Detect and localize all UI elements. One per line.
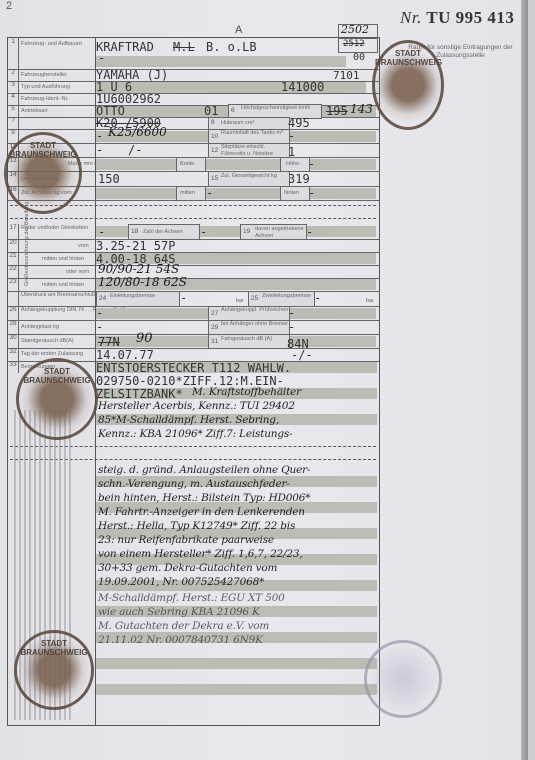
field-number: 24 xyxy=(99,295,106,302)
remark-handwritten-line: Kennz.: KBA 21096* Ziff.7: Leistungs- xyxy=(98,428,292,440)
field-label: Überdruck am Bremsanschluß xyxy=(21,292,95,299)
hitch-value: - xyxy=(96,306,103,320)
field-32-right: -/- xyxy=(291,348,313,362)
document-number: Nr. TU 995 413 xyxy=(400,8,514,28)
field-number: 7 xyxy=(8,117,19,129)
field-row-20: 20 vorn 3.25-21 57P xyxy=(8,239,379,253)
field-number: 25 xyxy=(251,295,258,302)
field-number: 32 xyxy=(8,348,19,361)
remark-handwritten-line: 23: nur Reifenfabrikate paarweise xyxy=(98,534,274,546)
field-label: Räder und/oder Gleisketten xyxy=(21,225,88,232)
driven-axles-value: - xyxy=(306,225,313,239)
remark-handwritten-line: Herst.: Hella, Typ K12749* Ziff. 22 bis xyxy=(98,520,295,532)
field-number: 26 xyxy=(8,306,19,320)
field-number: 28 xyxy=(8,320,19,334)
tyre-front-value: 3.25-21 57P xyxy=(96,239,175,253)
vehicle-type-line2: - xyxy=(98,51,105,65)
field-row-21: 21 mitten und hinten 4.00-18 64S xyxy=(8,252,379,266)
field-number: 5 xyxy=(8,105,19,117)
field-number: 6 xyxy=(231,107,235,114)
page-number: 2 xyxy=(6,0,12,12)
field-29-box: 29 bei Anhänger ohne Bremse xyxy=(208,320,290,335)
remark-handwritten-line: M. Kraftstoffbehälter xyxy=(192,386,301,398)
field-11-dash: - xyxy=(96,143,103,157)
field-19-box: 19 davon angetriebene Achsen xyxy=(240,224,307,240)
field-row-17: 17 Räder und/oder Gleisketten - 18 Zahl … xyxy=(8,224,379,240)
field-number: 18 xyxy=(131,228,138,235)
field-row-28: 28 Anhängelast kg - 29 bei Anhänger ohne… xyxy=(8,320,379,335)
field-number: 4 xyxy=(8,93,19,105)
bar-unit: bar xyxy=(366,298,374,305)
field-label: Anhängelast kg xyxy=(21,324,59,331)
noise-stand-new: 90 xyxy=(136,331,153,346)
field-row-23: 23 mitten und hinten 120/80-18 62S xyxy=(8,278,379,292)
field-label: Anhängekuppl. Prüfzeichen xyxy=(221,307,288,314)
tyre-alt-rear-value: 120/80-18 62S xyxy=(98,275,187,289)
vehicle-type-suffix: B. o.LB xyxy=(206,40,257,54)
field-24-box: 24 Einleitungsbremse xyxy=(96,291,180,307)
field-number: 29 xyxy=(211,324,218,331)
code-new: 2502 xyxy=(341,23,369,36)
field-number: 31 xyxy=(211,338,218,345)
field-number: 33 xyxy=(8,361,19,373)
field-11-value: /- xyxy=(128,143,142,157)
field-label: Höchstgeschwindigkeit km/h xyxy=(241,105,310,112)
column-label: A xyxy=(235,24,242,36)
field-label: davon angetriebene Achsen xyxy=(255,226,306,239)
breite-label: Breite xyxy=(180,161,194,168)
field-number: 3 xyxy=(8,81,19,93)
field-label: Tag der ersten Zulassung xyxy=(21,351,83,358)
field-row-30: 30 Standgeräusch dB(A) 77N 90 31 Fahrger… xyxy=(8,334,379,349)
remark-typed-line: ENTSTOERSTECKER T112 WAHLW. xyxy=(96,361,291,375)
field-number: 23 xyxy=(8,278,19,291)
gross-weight-value: 319 xyxy=(288,172,310,186)
field-label: mitten und hinten xyxy=(42,282,84,289)
vehicle-type-struck: M.L xyxy=(173,40,195,54)
hitch-mark-value: - xyxy=(288,306,295,320)
remark-handwritten-line: steig. d. gründ. Anlaugsteilen ohne Quer… xyxy=(98,464,310,476)
remark-handwritten-line: von einem Hersteller* Ziff. 1,6,7, 22/23… xyxy=(98,548,302,560)
field-10-box: 10 Rauminhalt des Tanks m³ xyxy=(208,129,290,144)
field-label: Zahl der Achsen xyxy=(143,229,183,236)
shaded-band xyxy=(96,188,376,199)
field-row-brakes: Überdruck am Bremsanschluß 24 Einleitung… xyxy=(8,291,379,307)
field-label: Zul. Gesamtgewicht kg xyxy=(221,173,277,180)
field-number: 1 xyxy=(8,38,19,69)
separator-dashed xyxy=(10,218,376,219)
field-label: Fahrgeräusch dB (A) xyxy=(221,336,272,343)
field-number: 30 xyxy=(8,334,19,348)
field-label: mitten und hinten xyxy=(42,256,84,263)
displacement-value: 495 xyxy=(288,116,310,130)
field-number: 21 xyxy=(8,252,19,265)
axles-value: - xyxy=(200,225,207,239)
field-label: bei Anhänger ohne Bremse xyxy=(221,321,288,328)
trailer-unbraked-value: - xyxy=(288,320,295,334)
fuel-code-value: 01 xyxy=(204,104,218,118)
city-seal-stamp: STADT BRAUNSCHWEIG xyxy=(4,132,82,214)
empty-weight-value: 150 xyxy=(98,172,120,186)
city-seal-stamp: STADT BRAUNSCHWEIG xyxy=(14,630,94,710)
remark-typed-line: ZELSITZBANK* xyxy=(96,387,183,401)
remark-pencil-line: M-Schalldämpf. Herst.: EGU XT 500 xyxy=(98,592,285,604)
noise-stand-old: 77N xyxy=(98,335,120,349)
field-label: Rauminhalt des Tanks m³ xyxy=(221,130,283,137)
breite-box: Breite xyxy=(176,157,206,172)
field-label: Einleitungsbremse xyxy=(110,293,155,300)
height-value: - xyxy=(308,157,315,171)
remark-handwritten-line: M. Fahrtr.-Anzeiger in den Lenkerenden xyxy=(98,506,305,518)
field-label: vorn xyxy=(78,243,89,250)
field-label: Fahrzeug-Ident.-Nr. xyxy=(21,96,69,103)
remark-handwritten-line: schn.-Verengung, m. Austauschfeder- xyxy=(98,478,290,490)
field-25-box: 25 Zweileitungsbremse xyxy=(248,291,315,307)
wheels-value: - xyxy=(98,225,105,239)
field-31-box: 31 Fahrgeräusch dB (A) xyxy=(208,334,290,349)
code-00: 00 xyxy=(353,52,365,63)
field-label: Fahrzeug- und Aufbauart xyxy=(21,41,82,48)
code-box: 2502 xyxy=(338,24,378,39)
field-9-value: - xyxy=(96,129,103,143)
field-row-22: 22 oder vorn 90/90-21 54S xyxy=(8,265,379,279)
trailer-load-value: - xyxy=(96,320,103,334)
brake-2-value: - xyxy=(314,291,321,305)
power-new: K25/6600 xyxy=(108,125,167,139)
stamp-text: STADT BRAUNSCHWEIG xyxy=(7,141,79,159)
field-label: Zweileitungsbremse xyxy=(262,293,311,300)
shaded-band xyxy=(96,159,376,170)
nr-value: TU 995 413 xyxy=(426,8,514,27)
stamp-text: STADT BRAUNSCHWEIG xyxy=(17,639,91,657)
stamp-text: STADT BRAUNSCHWEIG xyxy=(375,49,441,67)
field-number: 20 xyxy=(8,239,19,252)
field-18-box: 18 Zahl der Achsen xyxy=(128,224,200,240)
field-12-box: 12 Sitzplätze einschl. Führersitz u. Not… xyxy=(208,143,290,158)
remark-handwritten-line: 19.09.2001, Nr. 007525427068* xyxy=(98,576,264,588)
field-row-26: 26 Anhängekupplung DIN 74…, Form u. Größ… xyxy=(8,306,379,321)
field-row-1: 1 Fahrzeug- und Aufbauart KRAFTRAD M.L B… xyxy=(8,38,379,70)
shaded-band xyxy=(96,658,377,669)
field-number: 15 xyxy=(211,175,218,182)
brake-1-value: - xyxy=(180,291,187,305)
field-number: 8 xyxy=(211,119,215,126)
field-number: 19 xyxy=(243,228,250,235)
remark-handwritten-line: 85*M-Schalldämpf. Herst. Sebring, xyxy=(98,414,279,426)
field-15-box: 15 Zul. Gesamtgewicht kg xyxy=(208,171,290,187)
field-number: 10 xyxy=(211,133,218,140)
hinten-box: hinten xyxy=(280,186,310,201)
max-speed-new: 143 xyxy=(350,102,373,116)
remark-handwritten-line: Hersteller Acerbis, Kennz.: TUI 29402 xyxy=(98,400,295,412)
field-number xyxy=(8,291,19,306)
tank-value: - xyxy=(288,129,295,143)
city-seal-stamp: STADT BRAUNSCHWEIG xyxy=(372,40,444,130)
field-number: 2 xyxy=(8,69,19,81)
remark-pencil-line: wie auch Sebring KBA 21096 K xyxy=(98,606,260,618)
field-label: Sitzplätze einschl. Führersitz u. Notsit… xyxy=(221,144,289,157)
field-27-box: 27 Anhängekuppl. Prüfzeichen xyxy=(208,306,290,321)
field-number: 22 xyxy=(8,265,19,278)
registration-document-page: 2 A Nr. TU 995 413 Raum für sonstige Ein… xyxy=(0,0,528,760)
field-label: Typ und Ausführung xyxy=(21,84,70,91)
type-key-value: 141000 xyxy=(281,80,324,94)
field-number: 17 xyxy=(8,224,19,239)
hoehe-label: Höhe xyxy=(286,161,299,168)
max-speed-old: 195 xyxy=(326,104,348,118)
shaded-band xyxy=(96,684,377,695)
faint-seal-stamp xyxy=(364,640,442,718)
field-number: 12 xyxy=(211,147,218,154)
nr-label: Nr. xyxy=(400,8,422,27)
bar-unit: bar xyxy=(236,298,244,305)
hinten-label: hinten xyxy=(284,190,299,197)
mitten-label: mitten xyxy=(180,190,195,197)
mitten-box: mitten xyxy=(176,186,206,201)
field-label: oder vorn xyxy=(66,269,89,276)
city-seal-stamp: STADT BRAUNSCHWEIG xyxy=(16,358,98,440)
field-number: 27 xyxy=(211,310,218,317)
field-label: Fahrzeughersteller xyxy=(21,72,67,79)
axle-rear-value: - xyxy=(308,186,315,200)
field-label: Antriebsart xyxy=(21,108,48,115)
shaded-band xyxy=(96,56,346,67)
hoehe-box: Höhe xyxy=(280,157,310,172)
remark-pencil-line: M. Gutachten der Dekra e.V. vom xyxy=(98,620,269,632)
field-label: Hubraum cm³ xyxy=(221,120,254,127)
tyre-alt-front-value: 90/90-21 54S xyxy=(98,262,179,276)
field-label: Standgeräusch dB(A) xyxy=(21,338,74,345)
stamp-text: STADT BRAUNSCHWEIG xyxy=(19,367,95,385)
first-registration-value: 14.07.77 xyxy=(96,348,154,362)
remark-handwritten-line: 30+33 gem. Dekra-Gutachten vom xyxy=(98,562,277,574)
page-edge xyxy=(521,0,528,760)
remark-pencil-line: 21.11.02 Nr. 0007840731 6N9K xyxy=(98,634,263,646)
axle-mid-value: - xyxy=(206,186,213,200)
remark-handwritten-line: bein hinten, Herst.: Bilstein Typ: HD006… xyxy=(98,492,310,504)
